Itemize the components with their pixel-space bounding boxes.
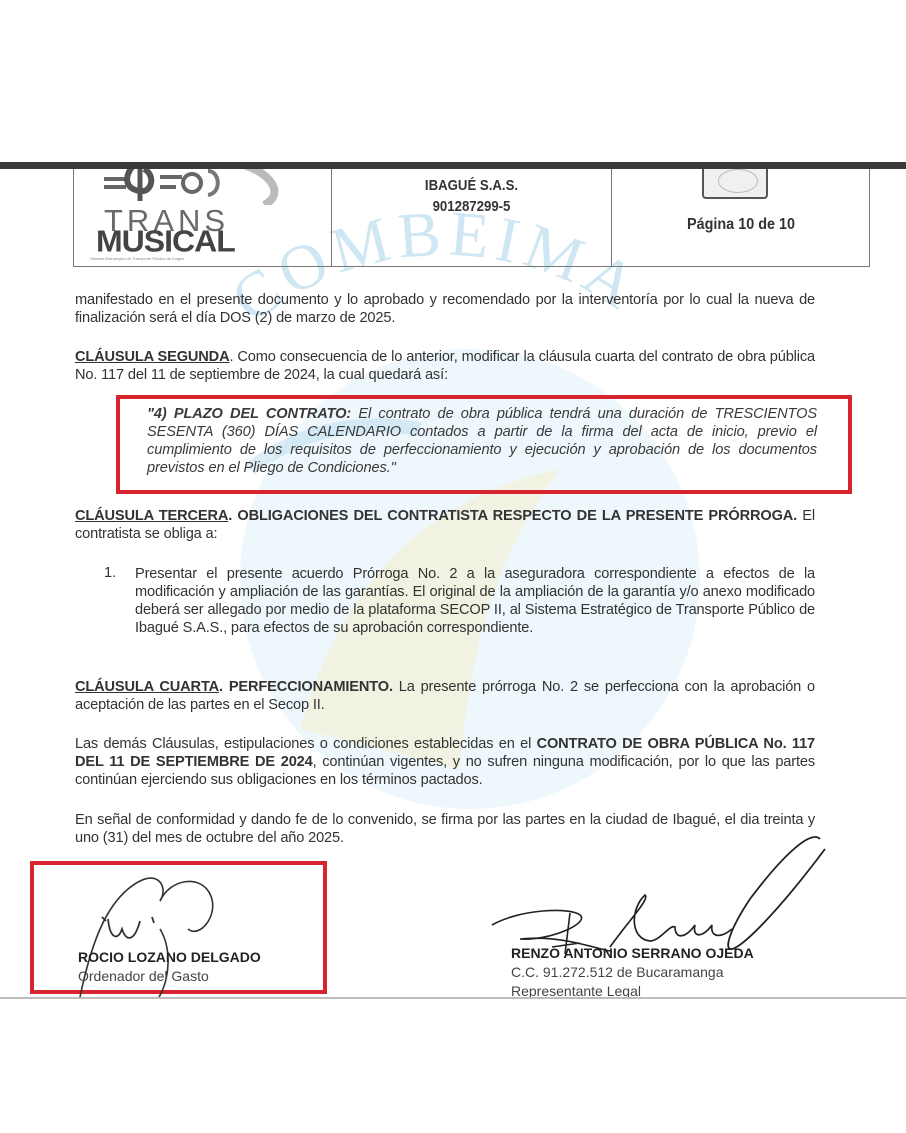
signer-left-name: ROCIO LOZANO DELGADO — [78, 949, 261, 965]
header-company-cell: IBAGUÉ S.A.S. 901287299-5 — [332, 169, 612, 266]
page-top-edge — [0, 162, 906, 169]
header-logo-cell: TRANS MUSICAL Sistema Estratégico de Tra… — [74, 169, 332, 266]
clause-tercera: CLÁUSULA TERCERA. OBLIGACIONES DEL CONTR… — [75, 507, 815, 543]
clause-segunda: CLÁUSULA SEGUNDA. Como consecuencia de l… — [75, 348, 815, 384]
company-info: IBAGUÉ S.A.S. 901287299-5 — [349, 175, 595, 217]
header-page-cell: Página 10 de 10 — [612, 169, 870, 266]
signer-right-role: Representante Legal — [511, 983, 641, 997]
signer-right-name: RENZO ANTONIO SERRANO OJEDA — [511, 945, 754, 961]
document-content: COMBEIMA TRANS MUSICAL Sistema Estratégi… — [0, 169, 906, 997]
list-item-number: 1. — [104, 565, 116, 581]
page-bottom-edge — [0, 997, 906, 999]
clause-cuarta: CLÁUSULA CUARTA. PERFECCIONAMIENTO. La p… — [75, 678, 815, 714]
clause-cuarta-title: CLÁUSULA CUARTA — [75, 679, 219, 695]
company-nit: 901287299-5 — [349, 196, 595, 217]
closing-paragraph: En señal de conformidad y dando fe de lo… — [75, 811, 815, 847]
page-number: Página 10 de 10 — [625, 216, 857, 234]
company-name: IBAGUÉ S.A.S. — [349, 175, 595, 196]
intro-paragraph: manifestado en el presente documento y l… — [75, 291, 815, 327]
clause-segunda-title: CLÁUSULA SEGUNDA — [75, 349, 229, 365]
logo-clef-icon — [94, 169, 294, 205]
stamp-icon — [702, 169, 768, 199]
list-item: Presentar el presente acuerdo Prórroga N… — [135, 565, 815, 637]
signer-right-id: C.C. 91.272.512 de Bucaramanga — [511, 964, 723, 980]
document-header-table: TRANS MUSICAL Sistema Estratégico de Tra… — [73, 169, 870, 267]
remaining-text-start: Las demás Cláusulas, estipulaciones o co… — [75, 736, 537, 752]
clause-tercera-heading: . OBLIGACIONES DEL CONTRATISTA RESPECTO … — [228, 508, 797, 524]
logo-musical-text: MUSICAL — [96, 224, 235, 259]
plazo-quote: "4) PLAZO DEL CONTRATO: El contrato de o… — [147, 405, 817, 477]
clause-tercera-title: CLÁUSULA TERCERA — [75, 508, 228, 524]
remaining-clauses-paragraph: Las demás Cláusulas, estipulaciones o co… — [75, 735, 815, 789]
plazo-quote-lead: "4) PLAZO DEL CONTRATO: — [147, 406, 351, 422]
logo-tagline: Sistema Estratégico de Transporte Públic… — [90, 256, 185, 261]
clause-cuarta-heading: . PERFECCIONAMIENTO. — [219, 679, 393, 695]
signer-left-role: Ordenador del Gasto — [78, 968, 209, 984]
